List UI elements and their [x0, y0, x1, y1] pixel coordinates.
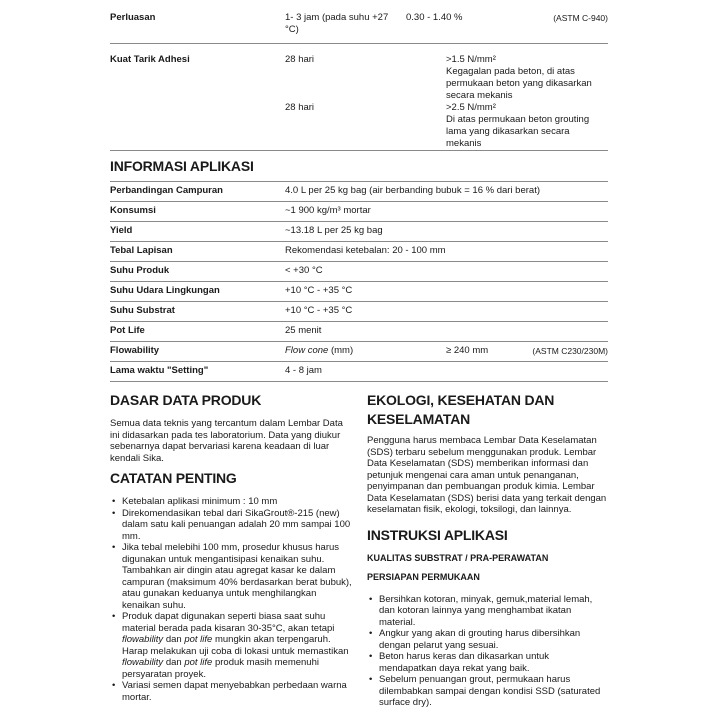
row-condition: 1- 3 jam (pada suhu +27 °C) — [285, 12, 400, 36]
informasi-aplikasi-table: Perbandingan Campuran4.0 L per 25 kg bag… — [110, 181, 608, 382]
row-value-2: ≥ 240 mm — [446, 345, 488, 357]
table-row-perluasan: Perluasan 1- 3 jam (pada suhu +27 °C) 0.… — [110, 10, 608, 44]
table-row: Konsumsi~1 900 kg/m³ mortar — [110, 202, 608, 222]
table-row: Perbandingan Campuran4.0 L per 25 kg bag… — [110, 182, 608, 202]
row-age: 28 hari — [285, 54, 314, 66]
list-item: Produk dapat digunakan seperti biasa saa… — [122, 611, 352, 680]
row-label: Yield — [110, 225, 132, 237]
table-row: Suhu Substrat+10 °C - +35 °C — [110, 302, 608, 322]
row-label: Lama waktu "Setting" — [110, 365, 208, 377]
list-item: Variasi semen dapat menyebabkan perbedaa… — [122, 680, 352, 703]
table-row: Suhu Udara Lingkungan+10 °C - +35 °C — [110, 282, 608, 302]
row-value: +10 °C - +35 °C — [285, 305, 352, 317]
list-item: Angkur yang akan di grouting harus diber… — [379, 628, 608, 651]
row-label: Perluasan — [110, 12, 155, 24]
datasheet-page: Perluasan 1- 3 jam (pada suhu +27 °C) 0.… — [110, 0, 608, 382]
row-label: Kuat Tarik Adhesi — [110, 54, 190, 66]
row-age: 28 hari — [285, 102, 314, 114]
row-value: >1.5 N/mm² Kegagalan pada beton, di atas… — [446, 54, 606, 102]
row-reference: (ASTM C230/230M) — [532, 345, 608, 357]
row-reference: (ASTM C-940) — [553, 12, 608, 24]
row-label: Konsumsi — [110, 205, 156, 217]
persiapan-permukaan-list: Bersihkan kotoran, minyak, gemuk,materia… — [367, 594, 608, 709]
row-value: < +30 °C — [285, 265, 323, 277]
section-title-ekologi: EKOLOGI, KESEHATAN DAN KESELAMATAN — [367, 391, 567, 429]
row-value: ~1 900 kg/m³ mortar — [285, 205, 371, 217]
table-row: FlowabilityFlow cone (mm)≥ 240 mm(ASTM C… — [110, 342, 608, 362]
table-row: Suhu Produk< +30 °C — [110, 262, 608, 282]
section-title-instruksi: INSTRUKSI APLIKASI — [367, 526, 608, 545]
section-title-dasar-data: DASAR DATA PRODUK — [110, 391, 352, 410]
dasar-data-text: Semua data teknis yang tercantum dalam L… — [110, 418, 352, 464]
row-value: >2.5 N/mm² Di atas permukaan beton grout… — [446, 102, 606, 150]
table-row-kuat-tarik-adhesi: Kuat Tarik Adhesi 28 hari >1.5 N/mm² Keg… — [110, 44, 608, 151]
list-item: Beton harus keras dan dikasarkan untuk m… — [379, 651, 608, 674]
row-label: Tebal Lapisan — [110, 245, 173, 257]
row-label: Suhu Produk — [110, 265, 169, 277]
row-label: Suhu Udara Lingkungan — [110, 285, 220, 297]
row-value: Flow cone (mm) — [285, 345, 353, 357]
table-row: Pot Life25 menit — [110, 322, 608, 342]
list-item: Sebelum penuangan grout, permukaan harus… — [379, 674, 608, 709]
table-row: Tebal LapisanRekomendasi ketebalan: 20 -… — [110, 242, 608, 262]
list-item: Jika tebal melebihi 100 mm, prosedur khu… — [122, 542, 352, 611]
table-row: Yield~13.18 L per 25 kg bag — [110, 222, 608, 242]
row-label: Flowability — [110, 345, 159, 357]
ekologi-text: Pengguna harus membaca Lembar Data Kesel… — [367, 435, 608, 516]
subheading-persiapan-permukaan: PERSIAPAN PERMUKAAN — [367, 572, 608, 582]
row-value: 25 menit — [285, 325, 321, 337]
row-label: Perbandingan Campuran — [110, 185, 223, 197]
row-value: ~13.18 L per 25 kg bag — [285, 225, 383, 237]
list-item: Ketebalan aplikasi minimum : 10 mm — [122, 496, 352, 508]
table-row: Lama waktu "Setting"4 - 8 jam — [110, 362, 608, 382]
row-label: Suhu Substrat — [110, 305, 175, 317]
catatan-penting-list: Ketebalan aplikasi minimum : 10 mm Direk… — [110, 496, 352, 703]
subheading-kualitas-substrat: KUALITAS SUBSTRAT / PRA-PERAWATAN — [367, 553, 608, 563]
row-value: +10 °C - +35 °C — [285, 285, 352, 297]
row-value: 4.0 L per 25 kg bag (air berbanding bubu… — [285, 185, 540, 197]
row-value: 4 - 8 jam — [285, 365, 322, 377]
section-title-informasi-aplikasi: INFORMASI APLIKASI — [110, 157, 608, 176]
row-value: Rekomendasi ketebalan: 20 - 100 mm — [285, 245, 446, 257]
list-item: Bersihkan kotoran, minyak, gemuk,materia… — [379, 594, 608, 629]
row-value: 0.30 - 1.40 % — [406, 12, 463, 24]
list-item: Direkomendasikan tebal dari SikaGrout®-2… — [122, 508, 352, 543]
right-column: EKOLOGI, KESEHATAN DAN KESELAMATAN Pengg… — [367, 391, 608, 709]
row-label: Pot Life — [110, 325, 145, 337]
section-title-catatan-penting: CATATAN PENTING — [110, 469, 352, 488]
left-column: DASAR DATA PRODUK Semua data teknis yang… — [110, 391, 352, 703]
